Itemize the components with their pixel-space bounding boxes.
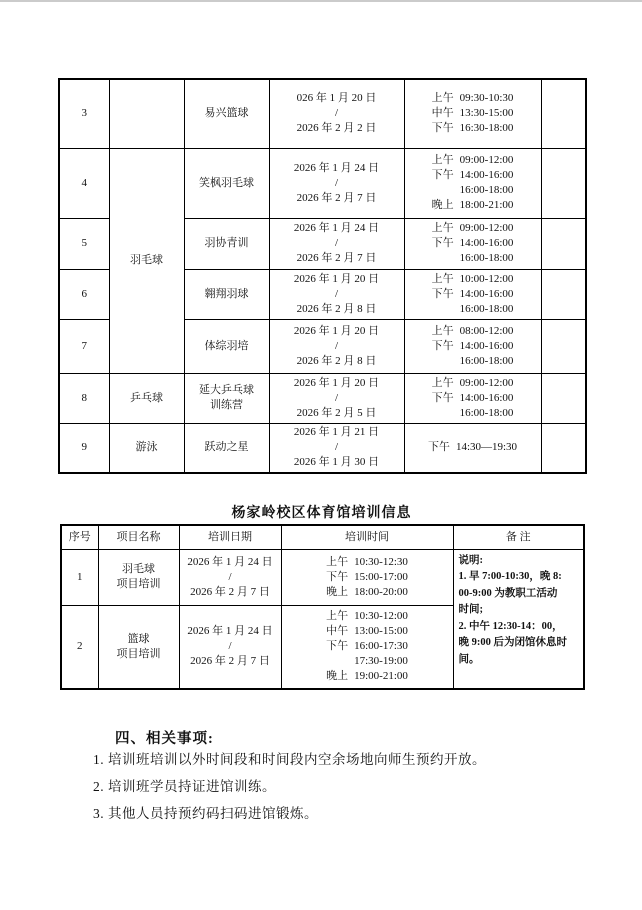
row-number: 2 [61, 605, 98, 689]
time-label: 上午 [432, 272, 460, 287]
training-dates: 2026 年 1 月 24 日 / 2026 年 2 月 7 日 [179, 549, 281, 605]
table2-title: 杨家岭校区体育馆培训信息 [60, 502, 583, 522]
training-dates: 2026 年 1 月 24 日 / 2026 年 2 月 7 日 [269, 148, 404, 218]
training-times: 上午10:00-12:00 下午14:00-16:00 16:00-18:00 [404, 269, 541, 319]
note-item: 2. 培训班学员持证进馆训练。 [93, 773, 486, 800]
program-name: 翱翔羽球 [184, 269, 269, 319]
time-range: 14:00-16:00 [460, 287, 514, 302]
empty-remark-cell [541, 218, 586, 269]
project-name: 篮球 项目培训 [98, 605, 179, 689]
time-label: 下午 [326, 570, 354, 585]
time-range: 14:00-16:00 [460, 391, 514, 406]
row-number: 3 [59, 79, 109, 148]
time-label: 下午 [428, 440, 456, 455]
section-heading: 四、相关事项: [115, 727, 214, 748]
time-range: 16:00-18:00 [460, 406, 514, 421]
sport-group-tabletennis: 乒乓球 [109, 373, 184, 423]
time-range: 18:00-20:00 [354, 585, 408, 600]
training-dates: 2026 年 1 月 20 日 / 2026 年 2 月 8 日 [269, 319, 404, 373]
time-label: 下午 [326, 639, 354, 654]
time-label: 上午 [432, 153, 460, 168]
time-range: 17:30-19:00 [354, 654, 408, 669]
table-row: 4 羽毛球 笑枫羽毛球 2026 年 1 月 24 日 / 2026 年 2 月… [59, 148, 586, 218]
time-range: 09:00-12:00 [460, 153, 514, 168]
table-row: 1 羽毛球 项目培训 2026 年 1 月 24 日 / 2026 年 2 月 … [61, 549, 584, 605]
time-range: 14:00-16:00 [460, 168, 514, 183]
program-name: 羽协青训 [184, 218, 269, 269]
row-number: 8 [59, 373, 109, 423]
time-range: 09:30-10:30 [460, 91, 514, 106]
training-table-campus1: 3 易兴篮球 026 年 1 月 20 日 / 2026 年 2 月 2 日 上… [58, 78, 587, 474]
time-range: 15:00-17:00 [354, 570, 408, 585]
time-label: 中午 [326, 624, 354, 639]
time-label: 下午 [432, 391, 460, 406]
project-name: 羽毛球 项目培训 [98, 549, 179, 605]
row-number: 1 [61, 549, 98, 605]
time-range: 16:00-17:30 [354, 639, 408, 654]
empty-remark-cell [541, 423, 586, 473]
header-date: 培训日期 [179, 525, 281, 549]
time-label: 下午 [432, 168, 460, 183]
time-range: 10:00-12:00 [460, 272, 514, 287]
time-range: 13:30-15:00 [460, 106, 514, 121]
time-range: 16:00-18:00 [460, 251, 514, 266]
time-range: 14:00-16:00 [460, 339, 514, 354]
training-dates: 2026 年 1 月 20 日 / 2026 年 2 月 5 日 [269, 373, 404, 423]
program-name: 跃动之星 [184, 423, 269, 473]
time-label: 晚上 [326, 669, 354, 684]
notes-list: 1. 培训班培训以外时间段和时间段内空余场地向师生预约开放。 2. 培训班学员持… [93, 746, 486, 827]
remark-notes: 说明: 1. 早 7:00-10:30，晚 8: 00-9:00 为教职工活动 … [453, 549, 584, 689]
training-dates: 2026 年 1 月 24 日 / 2026 年 2 月 7 日 [269, 218, 404, 269]
table-row: 8 乒乓球 延大乒乓球 训练营 2026 年 1 月 20 日 / 2026 年… [59, 373, 586, 423]
sport-group-badminton: 羽毛球 [109, 148, 184, 373]
time-label: 下午 [432, 121, 460, 136]
header-no: 序号 [61, 525, 98, 549]
table-row: 3 易兴篮球 026 年 1 月 20 日 / 2026 年 2 月 2 日 上… [59, 79, 586, 148]
time-label: 下午 [432, 287, 460, 302]
training-dates: 2026 年 1 月 20 日 / 2026 年 2 月 8 日 [269, 269, 404, 319]
training-times: 上午10:30-12:00 中午13:00-15:00 下午16:00-17:3… [281, 605, 453, 689]
time-range: 09:00-12:00 [460, 376, 514, 391]
time-range: 14:00-16:00 [460, 236, 514, 251]
training-times: 上午09:00-12:00 下午14:00-16:00 16:00-18:00 [404, 218, 541, 269]
row-number: 9 [59, 423, 109, 473]
time-range: 10:30-12:30 [354, 555, 408, 570]
time-label: 晚上 [432, 198, 460, 213]
row-number: 6 [59, 269, 109, 319]
row-number: 7 [59, 319, 109, 373]
program-name: 延大乒乓球 训练营 [184, 373, 269, 423]
time-label: 上午 [432, 91, 460, 106]
time-range: 19:00-21:00 [354, 669, 408, 684]
time-range: 16:00-18:00 [460, 302, 514, 317]
training-times: 上午09:00-12:00 下午14:00-16:00 16:00-18:00 [404, 373, 541, 423]
training-times: 上午09:00-12:00 下午14:00-16:00 16:00-18:00 … [404, 148, 541, 218]
empty-remark-cell [541, 79, 586, 148]
time-label: 上午 [326, 555, 354, 570]
header-row: 序号 项目名称 培训日期 培训时间 备 注 [61, 525, 584, 549]
note-item: 3. 其他人员持预约码扫码进馆锻炼。 [93, 800, 486, 827]
sport-group-swimming: 游泳 [109, 423, 184, 473]
time-range: 08:00-12:00 [460, 324, 514, 339]
table-row: 9 游泳 跃动之星 2026 年 1 月 21 日 / 2026 年 1 月 3… [59, 423, 586, 473]
time-label: 上午 [432, 324, 460, 339]
program-name: 易兴篮球 [184, 79, 269, 148]
viewer-top-edge [0, 0, 642, 2]
training-times: 下午14:30—19:30 [404, 423, 541, 473]
time-range: 10:30-12:00 [354, 609, 408, 624]
time-label: 上午 [326, 609, 354, 624]
program-name: 体综羽培 [184, 319, 269, 373]
empty-remark-cell [541, 148, 586, 218]
empty-remark-cell [541, 373, 586, 423]
time-range: 16:00-18:00 [460, 354, 514, 369]
training-dates: 2026 年 1 月 24 日 / 2026 年 2 月 7 日 [179, 605, 281, 689]
training-times: 上午08:00-12:00 下午14:00-16:00 16:00-18:00 [404, 319, 541, 373]
training-dates: 026 年 1 月 20 日 / 2026 年 2 月 2 日 [269, 79, 404, 148]
row-number: 5 [59, 218, 109, 269]
time-range: 16:00-18:00 [460, 183, 514, 198]
time-label: 晚上 [326, 585, 354, 600]
training-table-yangjialing: 序号 项目名称 培训日期 培训时间 备 注 1 羽毛球 项目培训 2026 年 … [60, 524, 585, 690]
time-range: 18:00-21:00 [460, 198, 514, 213]
time-range: 16:30-18:00 [460, 121, 514, 136]
program-name: 笑枫羽毛球 [184, 148, 269, 218]
time-label: 下午 [432, 339, 460, 354]
header-remark: 备 注 [453, 525, 584, 549]
sport-cell-empty [109, 79, 184, 148]
time-range: 09:00-12:00 [460, 221, 514, 236]
time-label: 中午 [432, 106, 460, 121]
empty-remark-cell [541, 319, 586, 373]
time-label: 上午 [432, 221, 460, 236]
note-item: 1. 培训班培训以外时间段和时间段内空余场地向师生预约开放。 [93, 746, 486, 773]
header-project: 项目名称 [98, 525, 179, 549]
training-times: 上午10:30-12:30 下午15:00-17:00 晚上18:00-20:0… [281, 549, 453, 605]
training-times: 上午09:30-10:30 中午13:30-15:00 下午16:30-18:0… [404, 79, 541, 148]
time-label: 下午 [432, 236, 460, 251]
time-range: 13:00-15:00 [354, 624, 408, 639]
document-page: { "table1": { "rows": [ { "no": "3", "sp… [0, 0, 642, 910]
training-dates: 2026 年 1 月 21 日 / 2026 年 1 月 30 日 [269, 423, 404, 473]
row-number: 4 [59, 148, 109, 218]
header-time: 培训时间 [281, 525, 453, 549]
empty-remark-cell [541, 269, 586, 319]
time-range: 14:30—19:30 [456, 440, 517, 455]
time-label: 上午 [432, 376, 460, 391]
